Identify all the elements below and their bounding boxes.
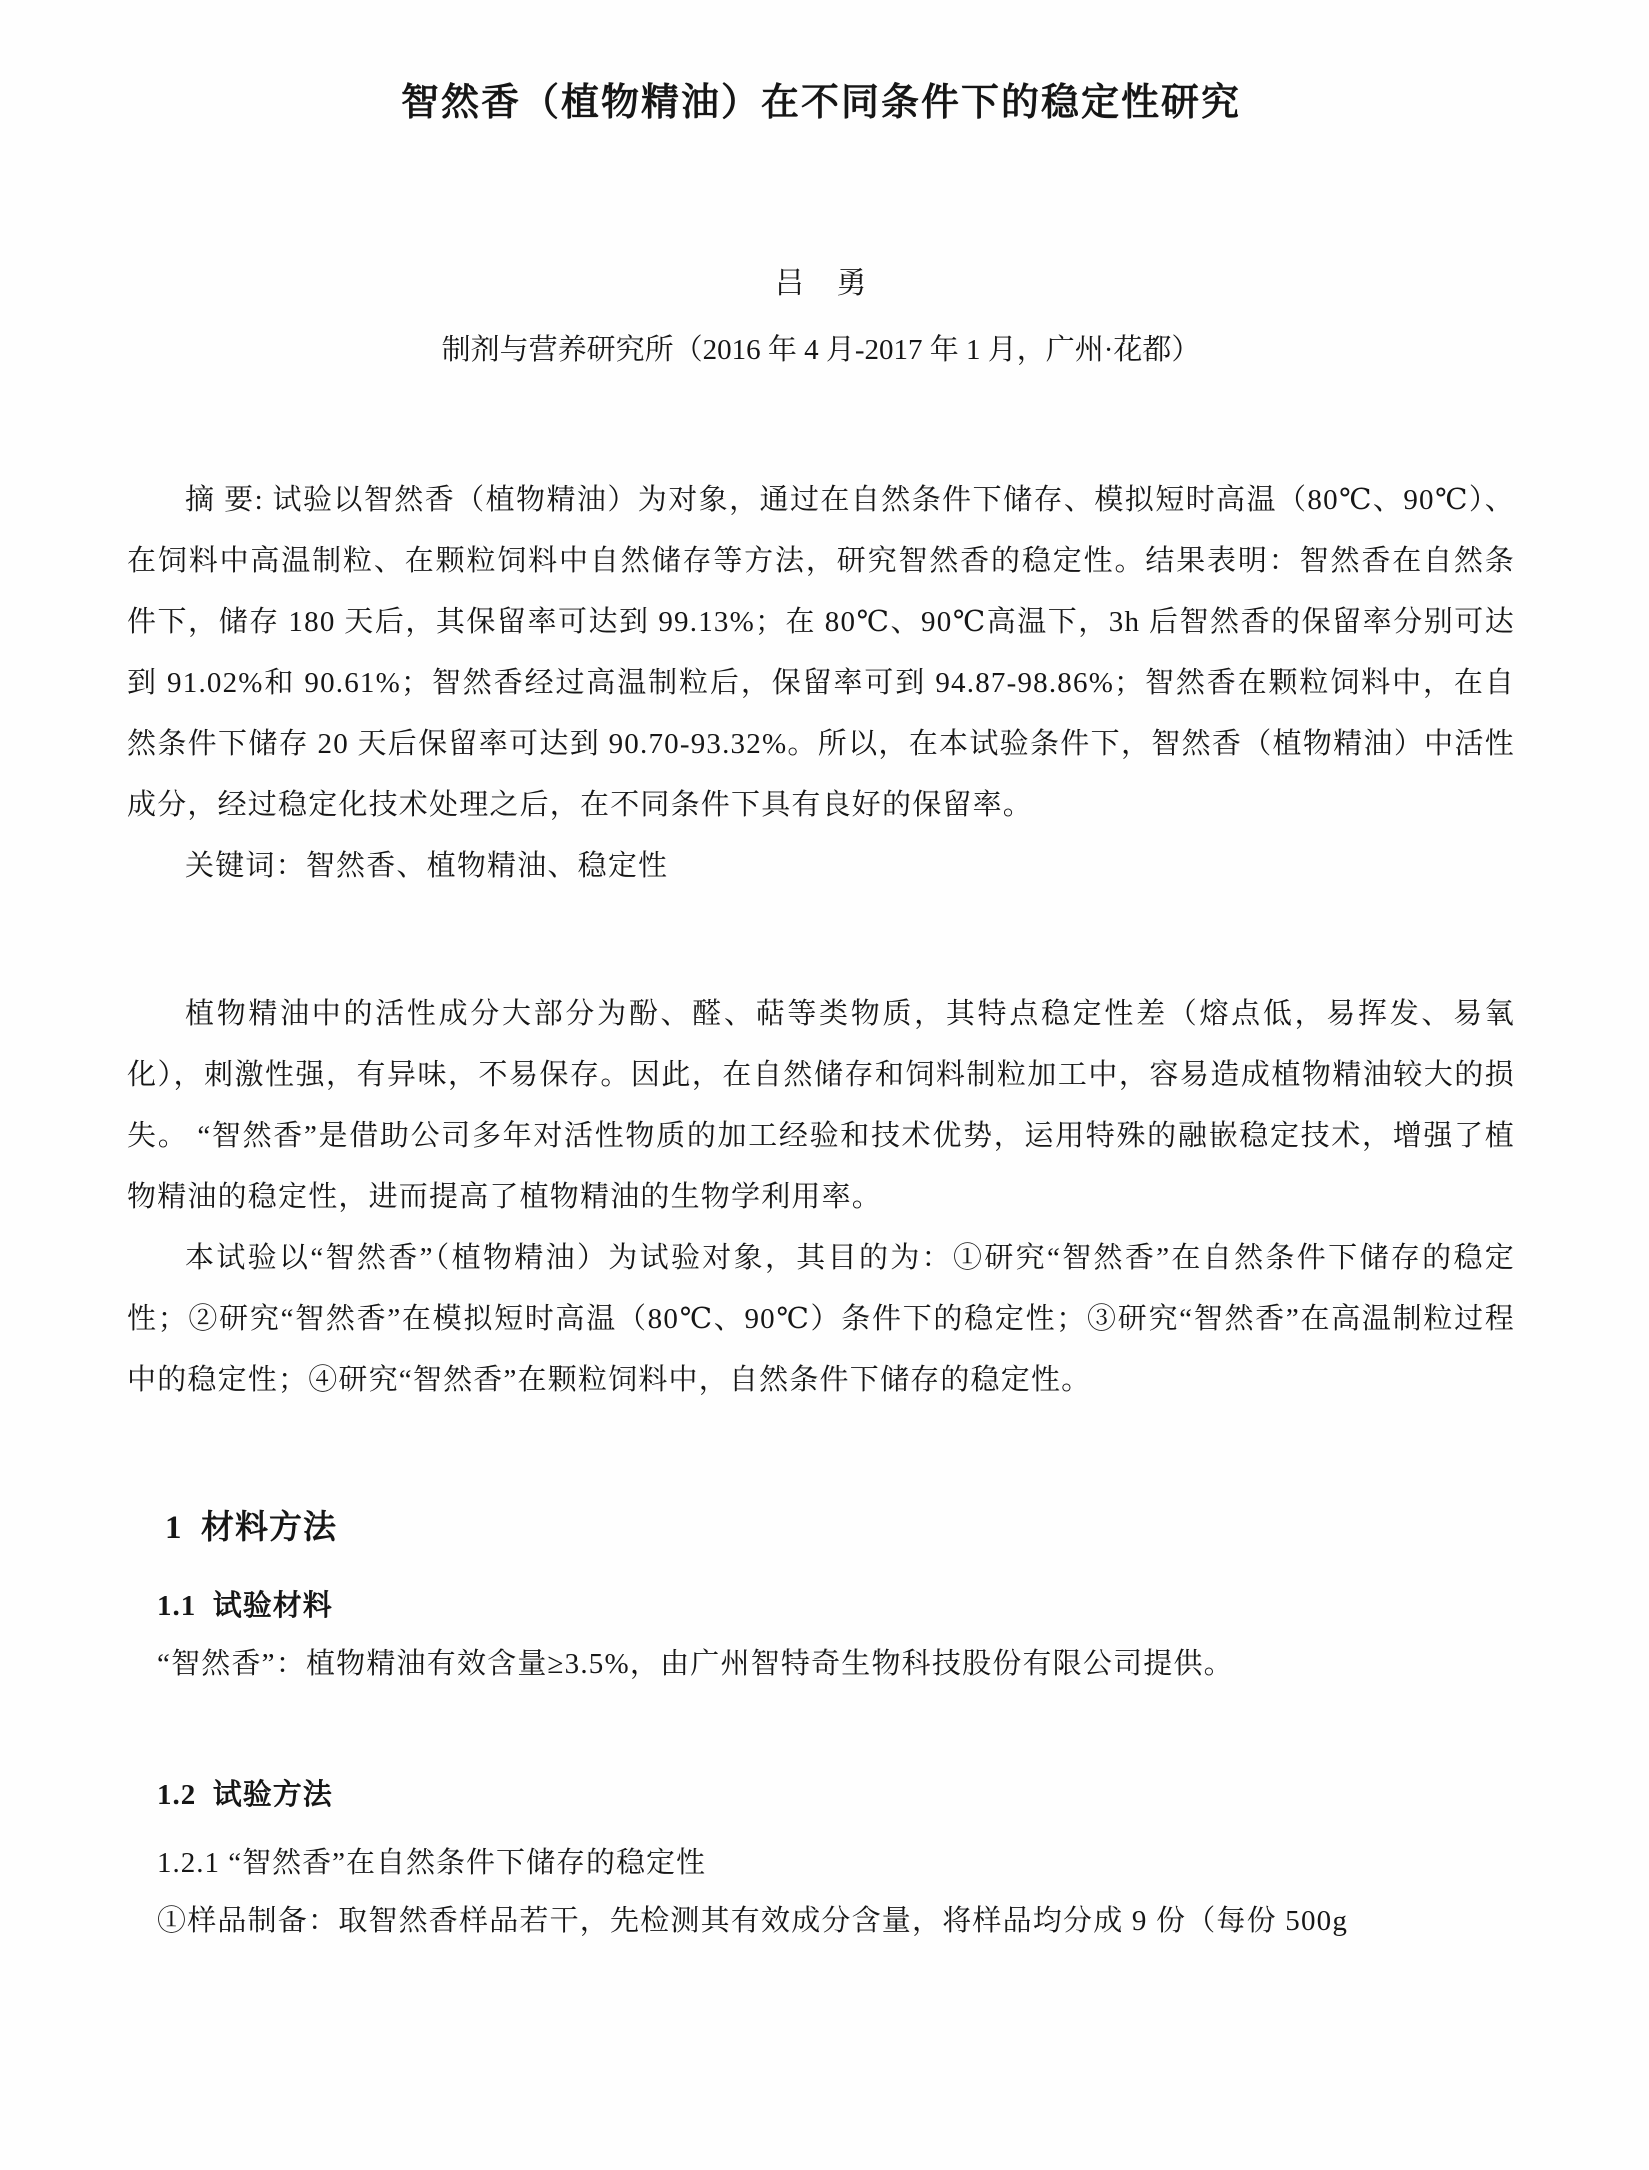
abstract-text: 试验以智然香（植物精油）为对象，通过在自然条件下储存、模拟短时高温（80℃、90… xyxy=(127,484,1515,821)
paper-title: 智然香（植物精油）在不同条件下的稳定性研究 xyxy=(127,0,1515,128)
abstract-paragraph: 摘 要: 试验以智然香（植物精油）为对象，通过在自然条件下储存、模拟短时高温（8… xyxy=(127,470,1515,836)
section-materials-methods: 1 材料方法 1.1 试验材料 “智然香”：植物精油有效含量≥3.5%，由广州智… xyxy=(157,1506,1515,1952)
abstract-label: 摘 要: xyxy=(185,484,273,516)
keywords-line: 关键词：智然香、植物精油、稳定性 xyxy=(127,836,1515,897)
intro-paragraph-2: 本试验以“智然香”（植物精油）为试验对象，其目的为：①研究“智然香”在自然条件下… xyxy=(127,1228,1515,1411)
introduction-block: 植物精油中的活性成分大部分为酚、醛、萜等类物质，其特点稳定性差（熔点低，易挥发、… xyxy=(127,984,1515,1411)
author-name: 吕 勇 xyxy=(127,264,1515,304)
section-1-2-heading: 1.2 试验方法 xyxy=(157,1775,1515,1815)
section-1-heading: 1 材料方法 xyxy=(157,1506,1515,1551)
document-page: 智然香（植物精油）在不同条件下的稳定性研究 吕 勇 制剂与营养研究所（2016 … xyxy=(0,0,1649,2170)
section-1-2-1-heading: 1.2.1 “智然香”在自然条件下储存的稳定性 xyxy=(157,1843,1515,1883)
keywords-text: 智然香、植物精油、稳定性 xyxy=(306,850,668,882)
affiliation-line: 制剂与营养研究所（2016 年 4 月-2017 年 1 月，广州·花都） xyxy=(127,330,1515,370)
section-1-2-1-body: ①样品制备：取智然香样品若干，先检测其有效成分含量，将样品均分成 9 份（每份 … xyxy=(157,1891,1515,1952)
intro-paragraph-1: 植物精油中的活性成分大部分为酚、醛、萜等类物质，其特点稳定性差（熔点低，易挥发、… xyxy=(127,984,1515,1228)
section-1-1-body: “智然香”：植物精油有效含量≥3.5%，由广州智特奇生物科技股份有限公司提供。 xyxy=(157,1634,1515,1695)
keywords-label: 关键词： xyxy=(185,850,306,882)
section-1-1-heading: 1.1 试验材料 xyxy=(157,1586,1515,1626)
